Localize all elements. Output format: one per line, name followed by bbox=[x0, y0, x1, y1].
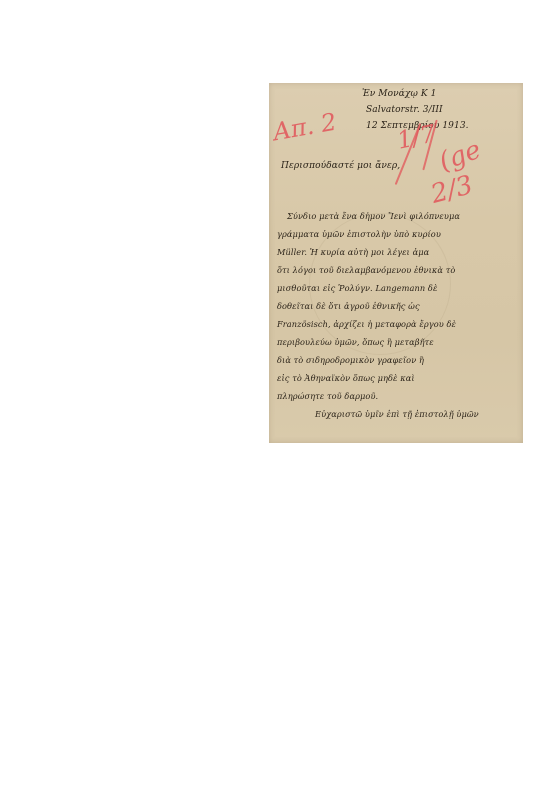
letter-scan: Ἐν Μονάχῳ Κ 1 Salvatorstr. 3/III 12 Σεπτ… bbox=[269, 83, 523, 443]
letter-salutation: Περισπούδαστέ μοι ἄνερ, bbox=[281, 161, 400, 171]
letter-body-line: περιβουλεύω ὑμῶν, ὅπως ἢ μεταβῆτε bbox=[277, 337, 434, 347]
letter-address: Salvatorstr. 3/III bbox=[366, 105, 443, 115]
letter-body-line: δοθεῖται δὲ ὅτι ἀγροῦ ἐθνικῆς ὡς bbox=[277, 301, 420, 311]
letter-body-line: πληρώσητε τοῦ δαρμοῦ. bbox=[277, 391, 378, 401]
letter-body-line: Müller. Ἡ κυρία αὐτὴ μοι λέγει ἀμα bbox=[277, 247, 429, 257]
red-annotation-left: Απ. 2 bbox=[271, 108, 339, 147]
letter-body-line: διὰ τὸ σιδηροδρομικὸν γραφεῖον ἢ bbox=[277, 355, 424, 365]
letter-body-line: Σύνδιο μετὰ ἔνα δἠμον Ἴενὶ φιλόπνευμα bbox=[287, 211, 460, 221]
red-annotation-number-mid: (ge bbox=[435, 135, 485, 178]
red-annotation-number-bottom: 2/3 bbox=[428, 170, 476, 210]
letter-body-line: μισθοῦται εἰς Ῥολύγν. Langemann δὲ bbox=[277, 283, 437, 293]
letter-body-line: εἰς τὸ Ἀθηναϊκὸν ὅπως μηδὲ καὶ bbox=[277, 373, 415, 383]
letter-body-line: γράμματα ὑμῶν ἐπιστολὴν ὑπὸ κυρίου bbox=[277, 229, 441, 239]
letter-body-line: Französisch, ἀρχίζει ἡ μεταφορὰ ἔργου δὲ bbox=[277, 319, 456, 329]
letter-place: Ἐν Μονάχῳ Κ 1 bbox=[362, 89, 436, 99]
letter-closing: Εὐχαριστῶ ὑμῖν ἐπὶ τῇ ἐπιστολῇ ὑμῶν bbox=[315, 409, 479, 419]
page-background: Ἐν Μονάχῳ Κ 1 Salvatorstr. 3/III 12 Σεπτ… bbox=[0, 0, 549, 800]
letter-body-line: ὅτι λόγοι τοῦ διελαμβανόμενου ἐθνικὰ τὸ bbox=[277, 265, 455, 275]
